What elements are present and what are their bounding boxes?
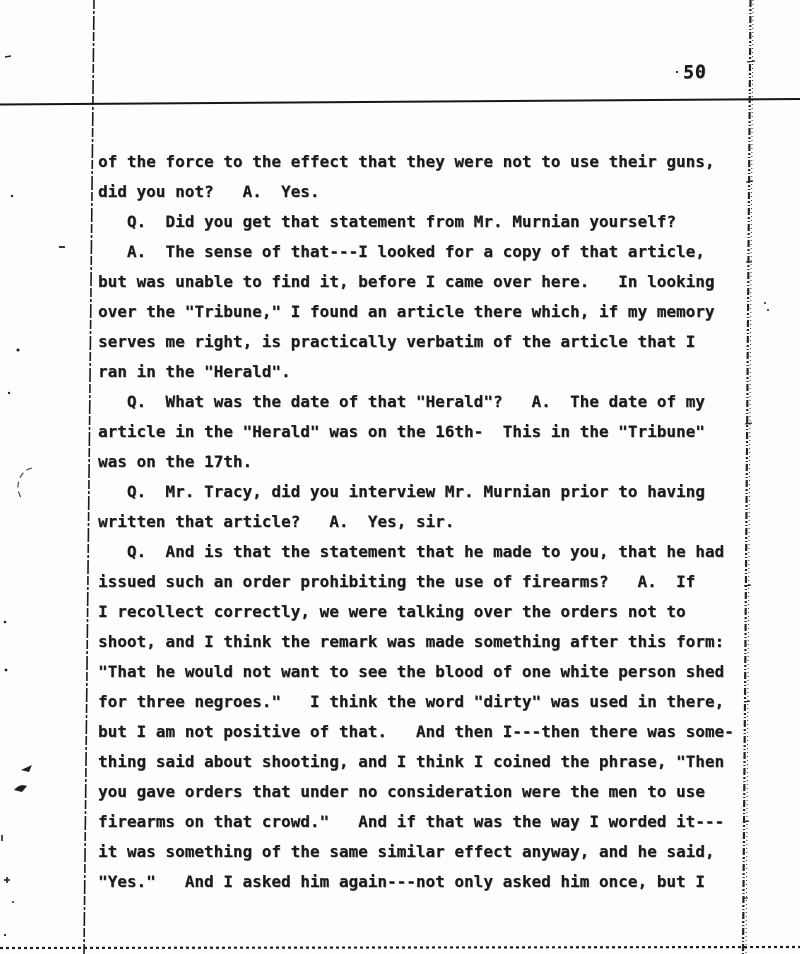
transcript-line-21: thing said about shooting, and I think I… (98, 747, 758, 777)
bottom-rule (0, 947, 800, 948)
transcript-line-12: Q. Mr. Tracy, did you interview Mr. Murn… (98, 477, 758, 507)
ink-flick-1 (21, 765, 32, 772)
transcript-line-7: serves me right, is practically verbatim… (98, 327, 758, 357)
scanned-transcript-page: 50 of the force to the effect that they … (0, 0, 800, 954)
transcript-line-18: "That he would not want to see the blood… (98, 657, 758, 687)
transcript-line-15: issued such an order prohibiting the use… (98, 567, 758, 597)
transcript-line-24: it was something of the same similar eff… (98, 837, 758, 867)
transcript-text: of the force to the effect that they wer… (98, 147, 758, 897)
transcript-line-20: but I am not positive of that. And then … (98, 717, 758, 747)
transcript-line-16: I recollect correctly, we were talking o… (98, 597, 758, 627)
transcript-line-9: Q. What was the date of that "Herald"? A… (98, 387, 758, 417)
transcript-line-5: but was unable to find it, before I came… (98, 267, 758, 297)
transcript-line-1: of the force to the effect that they wer… (98, 147, 758, 177)
transcript-line-4: A. The sense of that---I looked for a co… (98, 237, 758, 267)
ink-flick-2 (14, 785, 27, 792)
transcript-line-17: shoot, and I think the remark was made s… (98, 627, 758, 657)
pencil-arc-mark (18, 468, 32, 499)
top-rule (0, 99, 800, 105)
transcript-line-22: you gave orders that under no considerat… (98, 777, 758, 807)
transcript-line-6: over the "Tribune," I found an article t… (98, 297, 758, 327)
transcript-line-11: was on the 17th. (98, 447, 758, 477)
transcript-line-23: firearms on that crowd." And if that was… (98, 807, 758, 837)
transcript-line-2: did you not? A. Yes. (98, 177, 758, 207)
transcript-line-3: Q. Did you get that statement from Mr. M… (98, 207, 758, 237)
left-margin-rule (84, 0, 94, 954)
transcript-line-14: Q. And is that the statement that he mad… (98, 537, 758, 567)
transcript-line-8: ran in the "Herald". (98, 357, 758, 387)
transcript-line-25: "Yes." And I asked him again---not only … (98, 867, 758, 897)
transcript-line-10: article in the "Herald" was on the 16th-… (98, 417, 758, 447)
page-number: 50 (683, 62, 707, 84)
transcript-line-13: written that article? A. Yes, sir. (98, 507, 758, 537)
transcript-line-19: for three negroes." I think the word "di… (98, 687, 758, 717)
